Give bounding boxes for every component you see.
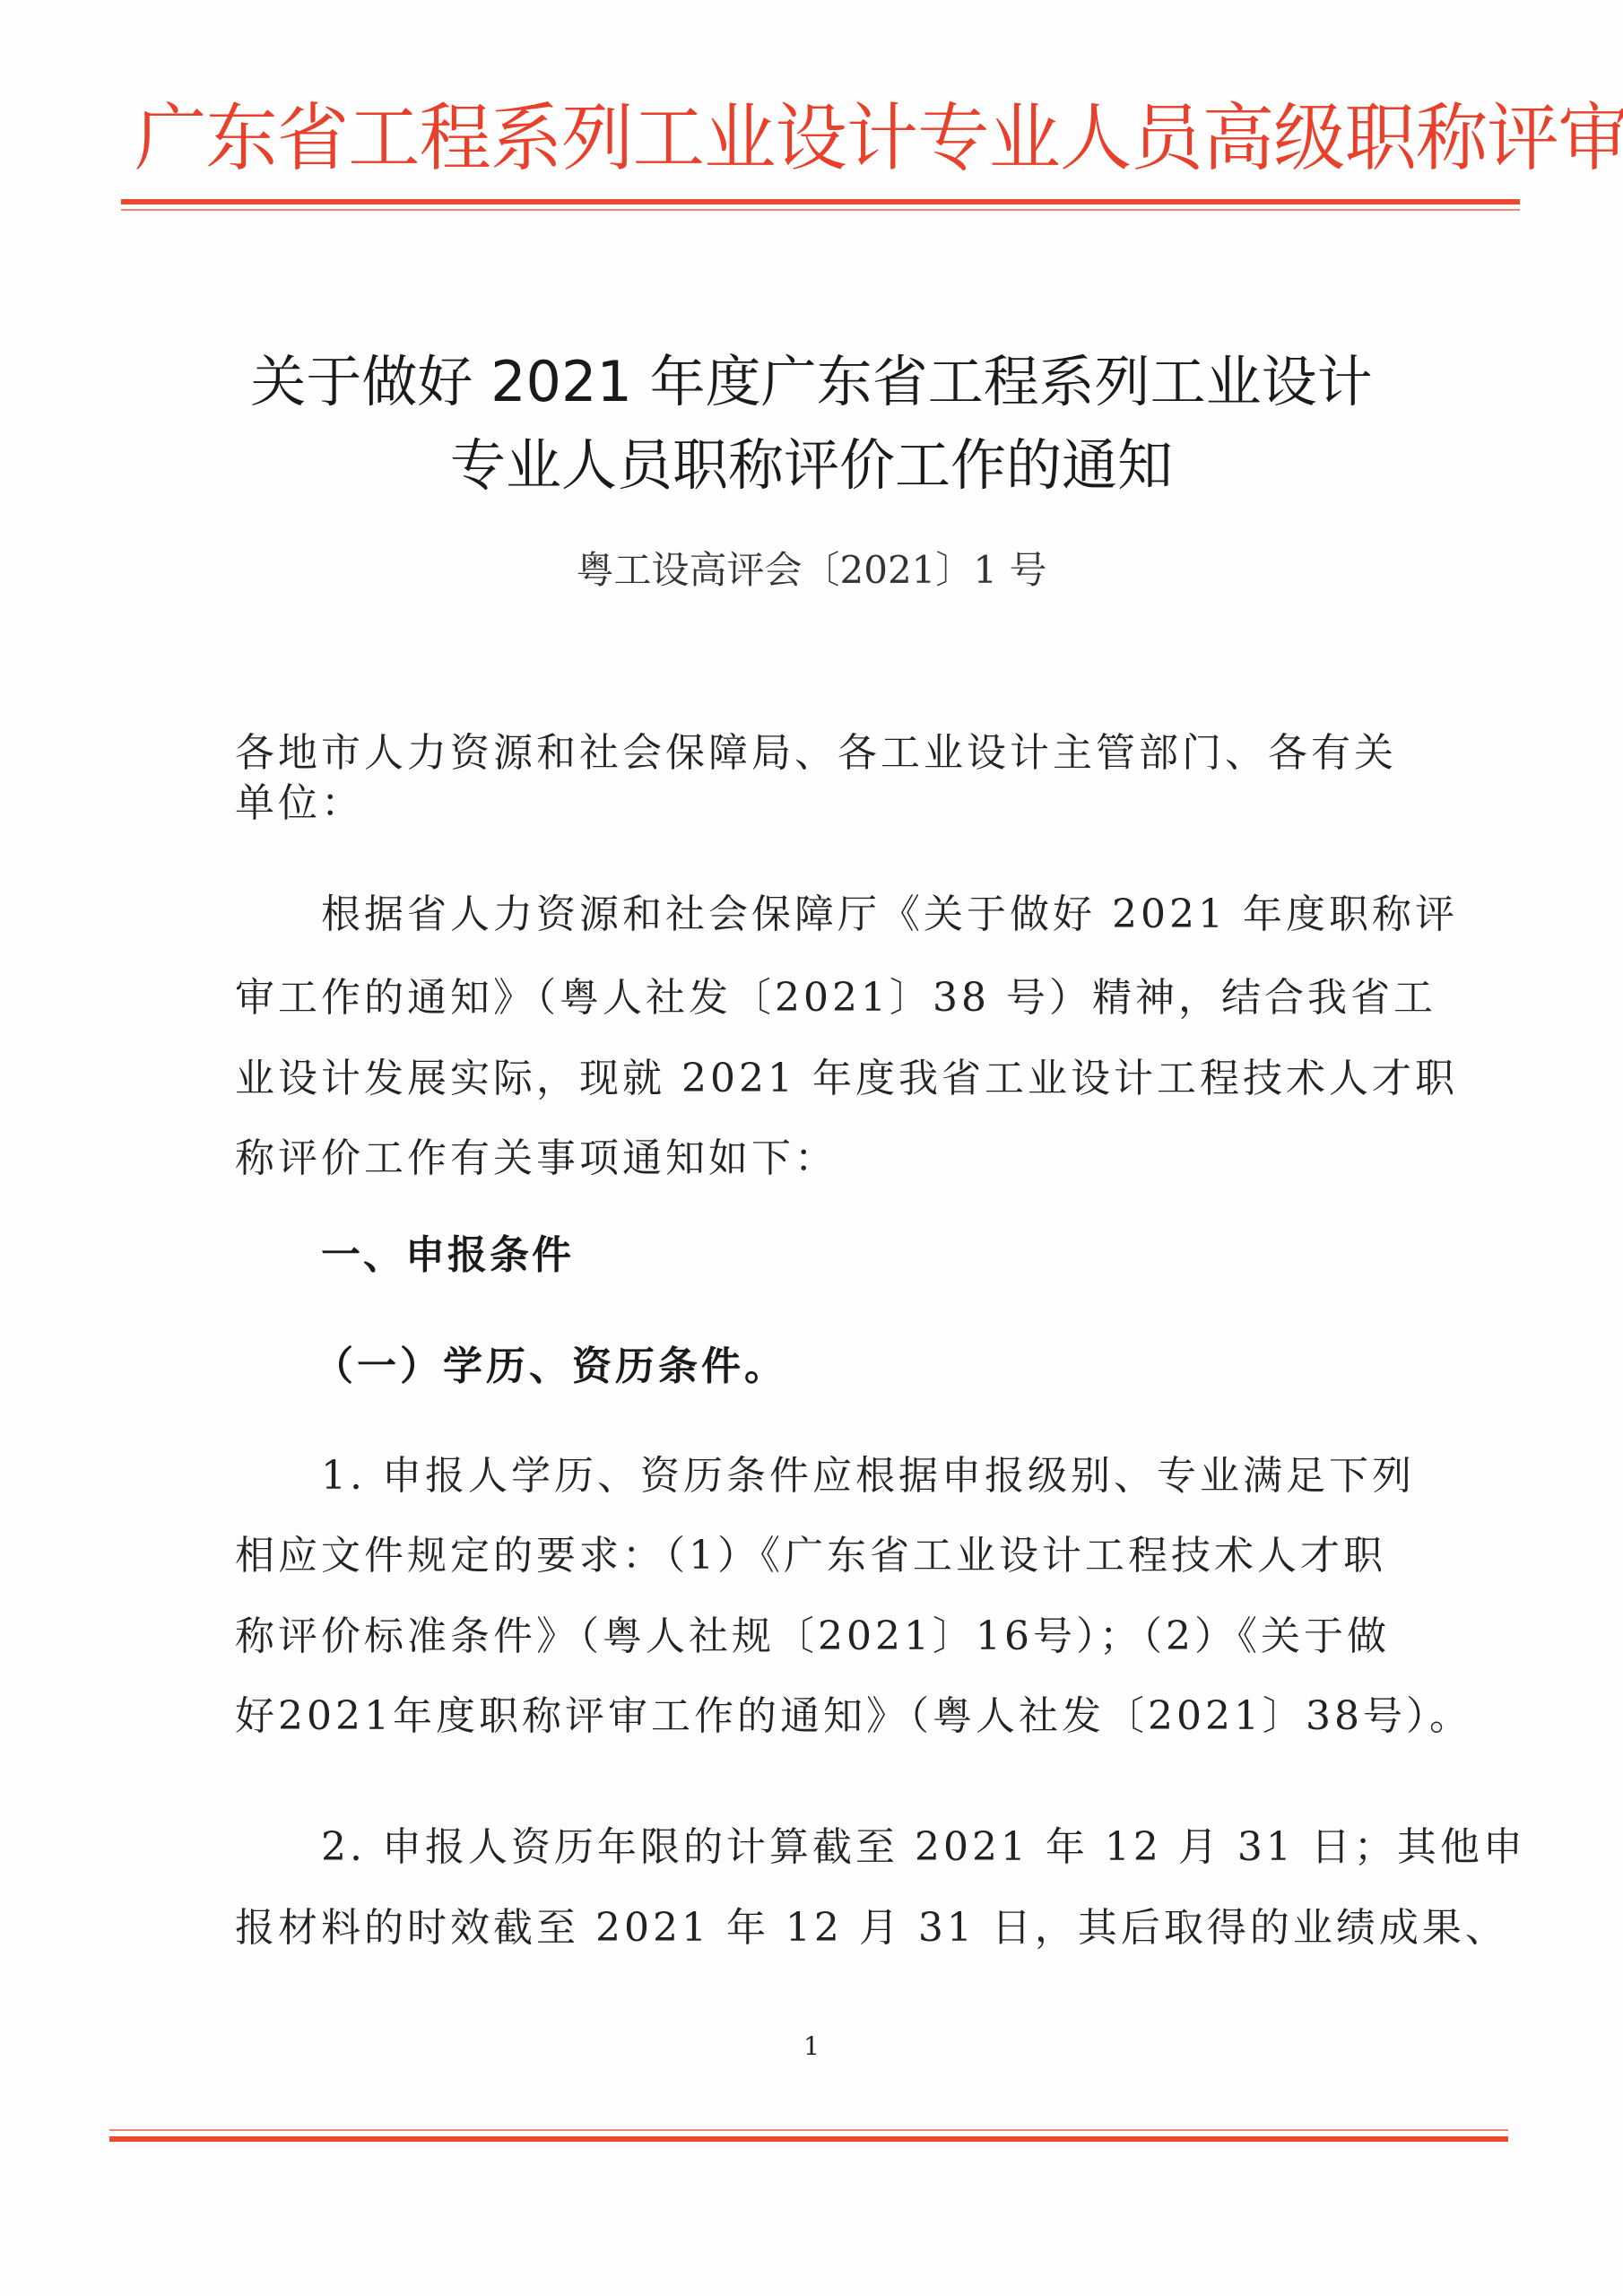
footer-red-rule-thin xyxy=(109,2129,1508,2131)
item1-line: 称评价标准条件》（粤人社规〔2021〕16号）；（2）《关于做 xyxy=(235,1610,1445,1664)
item1-line: 好2021年度职称评审工作的通知》（粤人社发〔2021〕38号）。 xyxy=(235,1690,1445,1744)
intro-line: 根据省人力资源和社会保障厅《关于做好 2021 年度职称评 xyxy=(321,888,1532,942)
footer-red-rule-thick xyxy=(109,2136,1508,2142)
salutation-line-2: 单位： xyxy=(235,777,1445,831)
document-page: 广东省工程系列工业设计专业人员高级职称评审委员会 关于做好 2021 年度广东省… xyxy=(0,0,1623,2296)
page-number: 1 xyxy=(0,2031,1623,2061)
item2-line: 2. 申报人资历年限的计算截至 2021 年 12 月 31 日；其他申 xyxy=(321,1821,1532,1874)
item1-line: 1. 申报人学历、资历条件应根据申报级别、专业满足下列 xyxy=(321,1449,1532,1503)
salutation-line-1: 各地市人力资源和社会保障局、各工业设计主管部门、各有关 xyxy=(235,726,1445,780)
intro-line: 业设计发展实际，现就 2021 年度我省工业设计工程技术人才职 xyxy=(235,1052,1445,1106)
document-title-line-1: 关于做好 2021 年度广东省工程系列工业设计 xyxy=(0,344,1623,420)
document-number: 粤工设高评会〔2021〕1 号 xyxy=(0,544,1623,597)
section-heading: 一、申报条件 xyxy=(321,1229,574,1283)
intro-line: 审工作的通知》（粤人社发〔2021〕38 号）精神，结合我省工 xyxy=(235,971,1445,1025)
masthead-red-rule-thin xyxy=(121,209,1520,211)
item2-line: 报材料的时效截至 2021 年 12 月 31 日，其后取得的业绩成果、 xyxy=(235,1901,1445,1955)
masthead-red-rule-thick xyxy=(121,199,1520,204)
subsection-heading: （一）学历、资历条件。 xyxy=(314,1340,787,1394)
item1-line: 相应文件规定的要求：（1）《广东省工业设计工程技术人才职 xyxy=(235,1529,1445,1583)
masthead-org-name: 广东省工程系列工业设计专业人员高级职称评审委员会 xyxy=(135,90,1488,188)
intro-line: 称评价工作有关事项通知如下： xyxy=(235,1132,1445,1186)
document-title-line-2: 专业人员职称评价工作的通知 xyxy=(0,428,1623,503)
